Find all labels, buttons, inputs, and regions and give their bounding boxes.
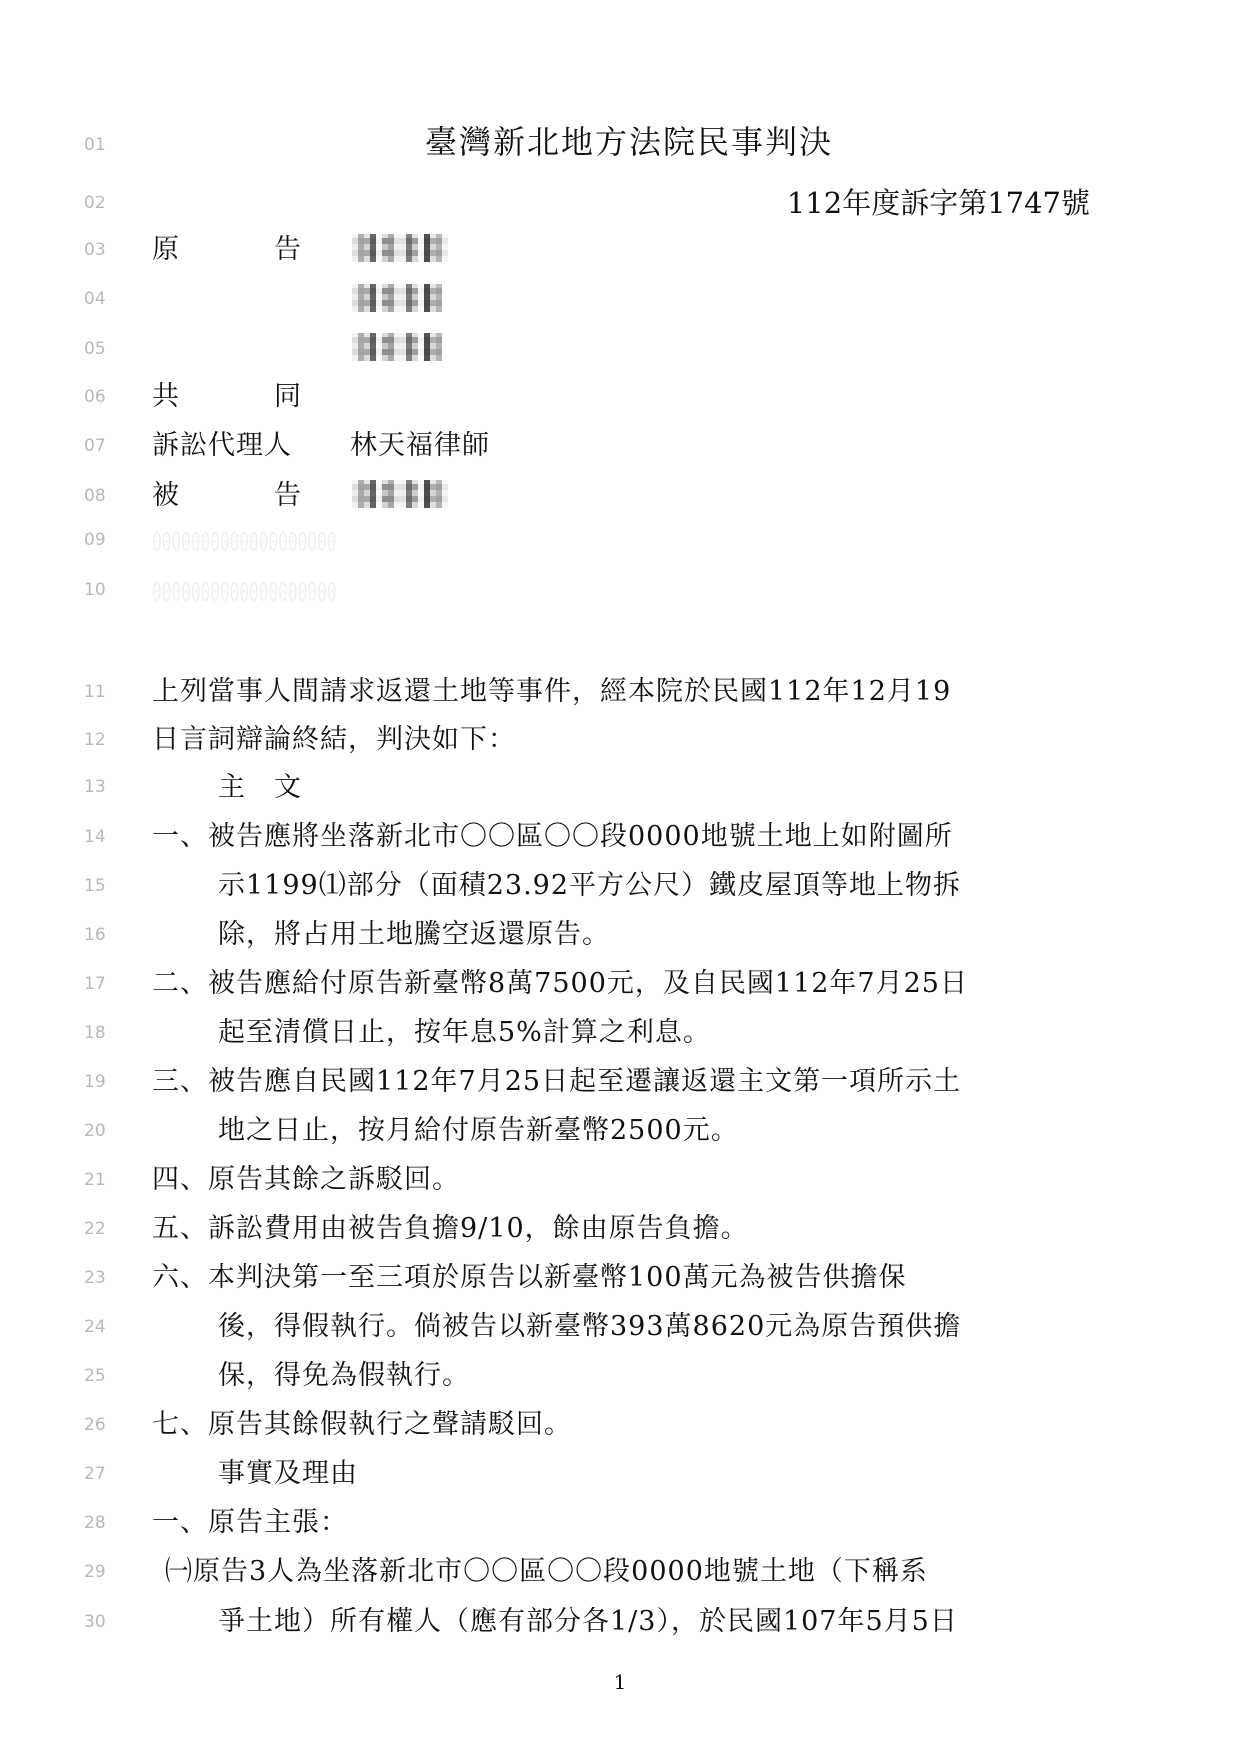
redacted-defendant-name — [352, 480, 448, 508]
sub-point-1-line-1: ㈠原告3人為坐落新北市〇〇區〇〇段0000地號土地（下稱系 — [165, 1555, 928, 1589]
line-number: 05 — [84, 339, 124, 359]
line-number: 25 — [84, 1366, 124, 1386]
document-page: 01 02 03 04 05 06 07 08 09 10 11 12 13 1… — [0, 0, 1240, 1755]
line-number: 12 — [84, 730, 124, 750]
judgment-item-6-cont: 保，得免為假執行。 — [218, 1359, 470, 1393]
redacted-plaintiff-name-3 — [352, 333, 442, 361]
faint-redacted-line-09: 0000000000000000000 — [152, 528, 336, 558]
line-number: 14 — [84, 827, 124, 847]
line-number: 29 — [84, 1562, 124, 1582]
redacted-plaintiff-name-1 — [352, 234, 448, 262]
sub-point-1-line-2: 爭土地）所有權人（應有部分各1/3），於民國107年5月5日 — [218, 1605, 958, 1639]
line-number: 24 — [84, 1317, 124, 1337]
line-number: 27 — [84, 1464, 124, 1484]
document-title: 臺灣新北地方法院民事判決 — [0, 122, 1240, 162]
judgment-item-3-cont: 地之日止，按月給付原告新臺幣2500元。 — [218, 1114, 739, 1148]
agent-name: 林天福律師 — [350, 430, 490, 461]
joint-row: 共 同 — [152, 380, 332, 414]
line-number: 08 — [84, 486, 124, 506]
line-number: 06 — [84, 387, 124, 407]
agent-label: 訴訟代理人 — [152, 429, 350, 463]
line-number: 11 — [84, 682, 124, 702]
judgment-item-2-cont: 起至清償日止，按年息5%計算之利息。 — [218, 1016, 711, 1050]
judgment-item-1: 一、被告應將坐落新北市〇〇區〇〇段0000地號土地上如附圖所 — [152, 820, 953, 854]
joint-label: 共 同 — [152, 380, 302, 414]
line-number: 09 — [84, 530, 124, 550]
line-number: 04 — [84, 289, 124, 309]
line-number: 18 — [84, 1023, 124, 1043]
line-number: 30 — [84, 1612, 124, 1632]
line-number: 28 — [84, 1513, 124, 1533]
line-number: 17 — [84, 974, 124, 994]
intro-line-2: 日言詞辯論終結，判決如下： — [152, 723, 516, 757]
plaintiff-label: 原 告 — [152, 233, 302, 267]
main-heading: 主 文 — [218, 771, 302, 805]
line-number: 23 — [84, 1268, 124, 1288]
line-number: 02 — [84, 193, 124, 213]
line-number: 07 — [84, 436, 124, 456]
defendant-row: 被 告 — [152, 479, 332, 513]
judgment-item-4: 四、原告其餘之訴駁回。 — [152, 1163, 460, 1197]
line-number: 10 — [84, 580, 124, 600]
judgment-item-1-cont: 示1199⑴部分（面積23.92平方公尺）鐵皮屋頂等地上物拆 — [218, 869, 961, 903]
line-number: 20 — [84, 1121, 124, 1141]
judgment-item-6-cont: 後，得假執行。倘被告以新臺幣393萬8620元為原告預供擔 — [218, 1310, 961, 1344]
judgment-item-1-cont: 除，將占用土地騰空返還原告。 — [218, 918, 610, 952]
facts-heading: 事實及理由 — [218, 1457, 358, 1491]
judgment-item-7: 七、原告其餘假執行之聲請駁回。 — [152, 1408, 572, 1442]
judgment-item-5: 五、訴訟費用由被告負擔9/10，餘由原告負擔。 — [152, 1212, 749, 1246]
section-1-heading: 一、原告主張： — [152, 1506, 348, 1540]
line-number: 15 — [84, 876, 124, 896]
case-number: 112年度訴字第1747號 — [787, 186, 1090, 220]
plaintiff-row: 原 告 — [152, 233, 332, 267]
line-number: 03 — [84, 240, 124, 260]
line-number: 16 — [84, 925, 124, 945]
defendant-label: 被 告 — [152, 479, 302, 513]
judgment-item-3: 三、被告應自民國112年7月25日起至遷讓返還主文第一項所示土 — [152, 1065, 961, 1099]
faint-redacted-line-10: 0000000000000000000 — [152, 578, 336, 608]
page-number: 1 — [0, 1670, 1240, 1694]
agent-row: 訴訟代理人林天福律師 — [152, 429, 490, 463]
line-number: 19 — [84, 1072, 124, 1092]
judgment-item-6: 六、本判決第一至三項於原告以新臺幣100萬元為被告供擔保 — [152, 1261, 907, 1295]
judgment-item-2: 二、被告應給付原告新臺幣8萬7500元，及自民國112年7月25日 — [152, 967, 968, 1001]
line-number: 13 — [84, 777, 124, 797]
line-number: 26 — [84, 1415, 124, 1435]
redacted-plaintiff-name-2 — [352, 284, 442, 312]
line-number: 22 — [84, 1219, 124, 1239]
line-number: 21 — [84, 1170, 124, 1190]
intro-line-1: 上列當事人間請求返還土地等事件，經本院於民國112年12月19 — [152, 675, 951, 709]
